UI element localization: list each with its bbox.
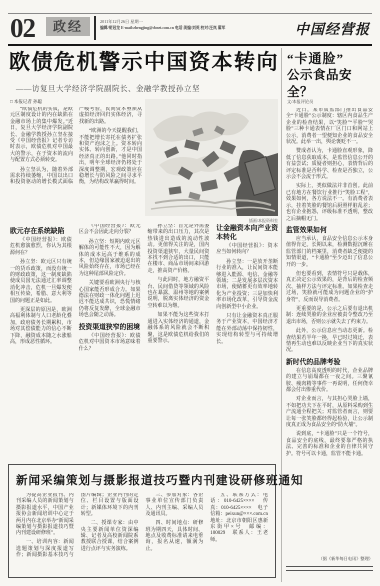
paragraph: 五、联系方式：电话：010-6425×××× 传真：010-6425×××× 电… [210, 493, 268, 544]
paragraph: 说到底，“卡通脸”只是一个符号，食品安全的底线，最终要靠严格的执法、完善的标准和… [286, 432, 373, 458]
side-byline: 文/本报评论员 [287, 99, 313, 105]
header-meta: 2011年12月26日 星期一 编辑/荀冠龙 E-mail:zhengjing@… [100, 19, 250, 31]
subheading: 投资渠道狭窄的困境 [79, 323, 141, 332]
paragraph: 应当承认，食品安全信息公示本身值得肯定。长期以来，检测数据沉睡在监管部门的档案里… [286, 237, 373, 269]
paragraph: 孙立坚：首先是外需萎缩带来的出口压力，其次是热钱进出造成的流动性波动。更值得关注… [148, 224, 210, 275]
lead-headline: 欧债危机警示中国资本转向 [9, 50, 279, 75]
paragraph: 二、授课专家：由中央主要新闻单位资深编辑、记者及高校新闻院系教授联合授课，结合案… [81, 521, 139, 553]
section-badge: 政经 [46, 17, 90, 36]
side-headline-line1: “卡通脸” [287, 50, 373, 67]
page-number: 02 [10, 15, 35, 42]
header-top-rule [8, 13, 372, 14]
paragraph: 近日，某市质监部门推出食品安全“卡通脸”公示制度：辖区内食品生产企业的检查结果，… [286, 108, 373, 146]
subheading: 新时代的品牌考验 [286, 358, 373, 367]
column-divider [281, 48, 282, 582]
paragraph: 如果不能为这些资本打通进入实体经济的通道，金融体系的风险就会不断积聚，这是欧债危… [148, 313, 210, 345]
paragraph: 孙立坚：一是放开垄断行业的准入，让民间资本能够进入能源、电信、金融等领域；二是发… [216, 260, 278, 311]
subheading: 让金融资本向产业资本转化 [216, 224, 278, 242]
newspaper-page: 02 政经 2011年12月26日 星期一 编辑/荀冠龙 E-mail:zhen… [0, 0, 380, 586]
lead-byline: □ 本报记者 孙聪 [10, 99, 42, 105]
paragraph: 《中国经营报》：欧债危机对中国资本市场意味着什么？ [79, 334, 141, 353]
subheading: 监管效果如何 [286, 226, 373, 235]
header-divider [94, 16, 96, 40]
paragraph: “欧洲的今天提醒我们，不能把增长寄托在债务扩张和资产泡沫之上。资本转向实体、转向… [79, 129, 142, 187]
cartoon-illustration [145, 99, 278, 216]
lead-intro-columns: “欧债危机的实质，是欧元区制度设计的内在缺陷在金融市场上的集中爆发。”近日，复旦… [10, 107, 142, 219]
paragraph: 关键要看欧洲央行与核心国家能否形成合力。如果德法在财政一体化问题上迟迟不能达成共… [79, 281, 141, 319]
paragraph: 赞成者认为，卡通脸直观形象，降低了信息获取成本，是监管信息公开的有益尝试；质疑者… [286, 149, 373, 181]
notice-headline: 新闻采编策划与摄影报道技巧暨内刊建设研修班通知 [16, 472, 268, 488]
lead-subtitle: ——访复旦大学经济学院副院长、金融学教授孙立坚 [16, 83, 276, 94]
paragraph: “欧债危机的实质，是欧元区制度设计的内在缺陷在金融市场上的集中爆发。”近日，复旦… [10, 107, 73, 165]
paragraph: 对企业而言，与其担心哭脸上墙，不如把功夫下在平时，从原料采购到生产流通全程把关；… [286, 397, 373, 429]
paragraph: 《中国经营报》：欧元区会不会因此走向分裂？ [79, 224, 141, 237]
editorial-cartoon [145, 99, 278, 216]
paper-masthead: 中国经营报 [295, 19, 370, 39]
subheading: 欧元存在系统缺陷 [10, 227, 72, 236]
paragraph: 在信息高度透明的时代，企业品牌的建立与崩塌都在一夜之间。三聚氰胺、瘦肉精等事件一… [286, 369, 373, 395]
paragraph: 更深层的原因是，欧洲高福利体制与人口老龄化叠加，政府债务长期累积，市场对其偿债能… [10, 308, 72, 346]
notice-body-columns: 为提高企业报刊、内刊采编人员的新闻策划与摄影报道水平，中国产业报协会新闻培训中心… [16, 493, 268, 571]
staff-line: 编辑/荀冠龙 E-mail:zhengjing@cbnet.com.cn 电话 … [100, 25, 250, 31]
side-endnote: （据《新华每日电讯》整理） [286, 556, 373, 562]
paragraph: 为提高企业报刊、内刊采编人员的新闻策划与摄影报道水平，中国产业报协会新闻培训中心… [16, 493, 74, 538]
paragraph: 更重要的是，公示之后要有退出机制：连续哭脸的企业应被责令整改乃至退出市场，否则公… [286, 307, 373, 326]
side-body-column: 近日，某市质监部门推出食品安全“卡通脸”公示制度：辖区内食品生产企业的检查结果，… [286, 108, 373, 558]
header-bottom-rule [8, 44, 372, 46]
paragraph: 孙立坚：短期内欧元区解体的可能性不大，因为解体的成本远高于维系的成本，但边缘国家… [79, 240, 141, 278]
paragraph: 实际上，类似做法并非首创。此前已有地方在餐饮行业推行“笑脸工程”，效果如何，各方… [286, 184, 373, 222]
paragraph: 《中国经营报》：欧债危机愈演愈烈，你认为其根源何在？ [10, 238, 72, 257]
paragraph: 三、参加对象：各企事业单位宣传部门负责人、内刊主编、采编人员及通讯员。 [146, 493, 204, 519]
notice-box: 新闻采编策划与摄影报道技巧暨内刊建设研修班通知 为提高企业报刊、内刊采编人员的新… [8, 464, 276, 578]
paragraph: 孙立坚：欧元区只有统一的货币政策，而没有统一的财政政策，这一制度缺陷使成员国无法… [10, 260, 72, 305]
paragraph: 此外，公示信息应当动态更新。检查结果若半年一换，早已时过境迁，表情再生动也难以反… [286, 329, 373, 355]
side-end-rule [286, 566, 373, 571]
paragraph: 四、时间地点：研修班为期四天，具体时间、地点及收费标准请来电垂询，报名从速，额满… [146, 521, 204, 553]
side-article-headline: “卡通脸” 公示食品安全？ [287, 50, 373, 101]
side-headline-line2: 公示食品安全？ [287, 67, 373, 101]
paragraph: 只有让金融资本真正服务于产业资本，中国经济才能在外部动荡中保持韧性，实现结构转型… [216, 314, 278, 346]
lead-body-columns: 欧元存在系统缺陷《中国经营报》：欧债危机愈演愈烈，你认为其根源何在？孙立坚：欧元… [10, 224, 278, 458]
paragraph: 但也要看到，表情符号只是载体，真正决定公示效果的，是背后的检查频次、抽样方法与评… [286, 272, 373, 304]
paragraph: 与此同时，地方融资平台、民间借贷等领域的风险也在暴露，温州等地的案例说明，脱离实… [148, 278, 210, 310]
paragraph: 《中国经营报》：资本应当如何转向？ [216, 244, 278, 257]
